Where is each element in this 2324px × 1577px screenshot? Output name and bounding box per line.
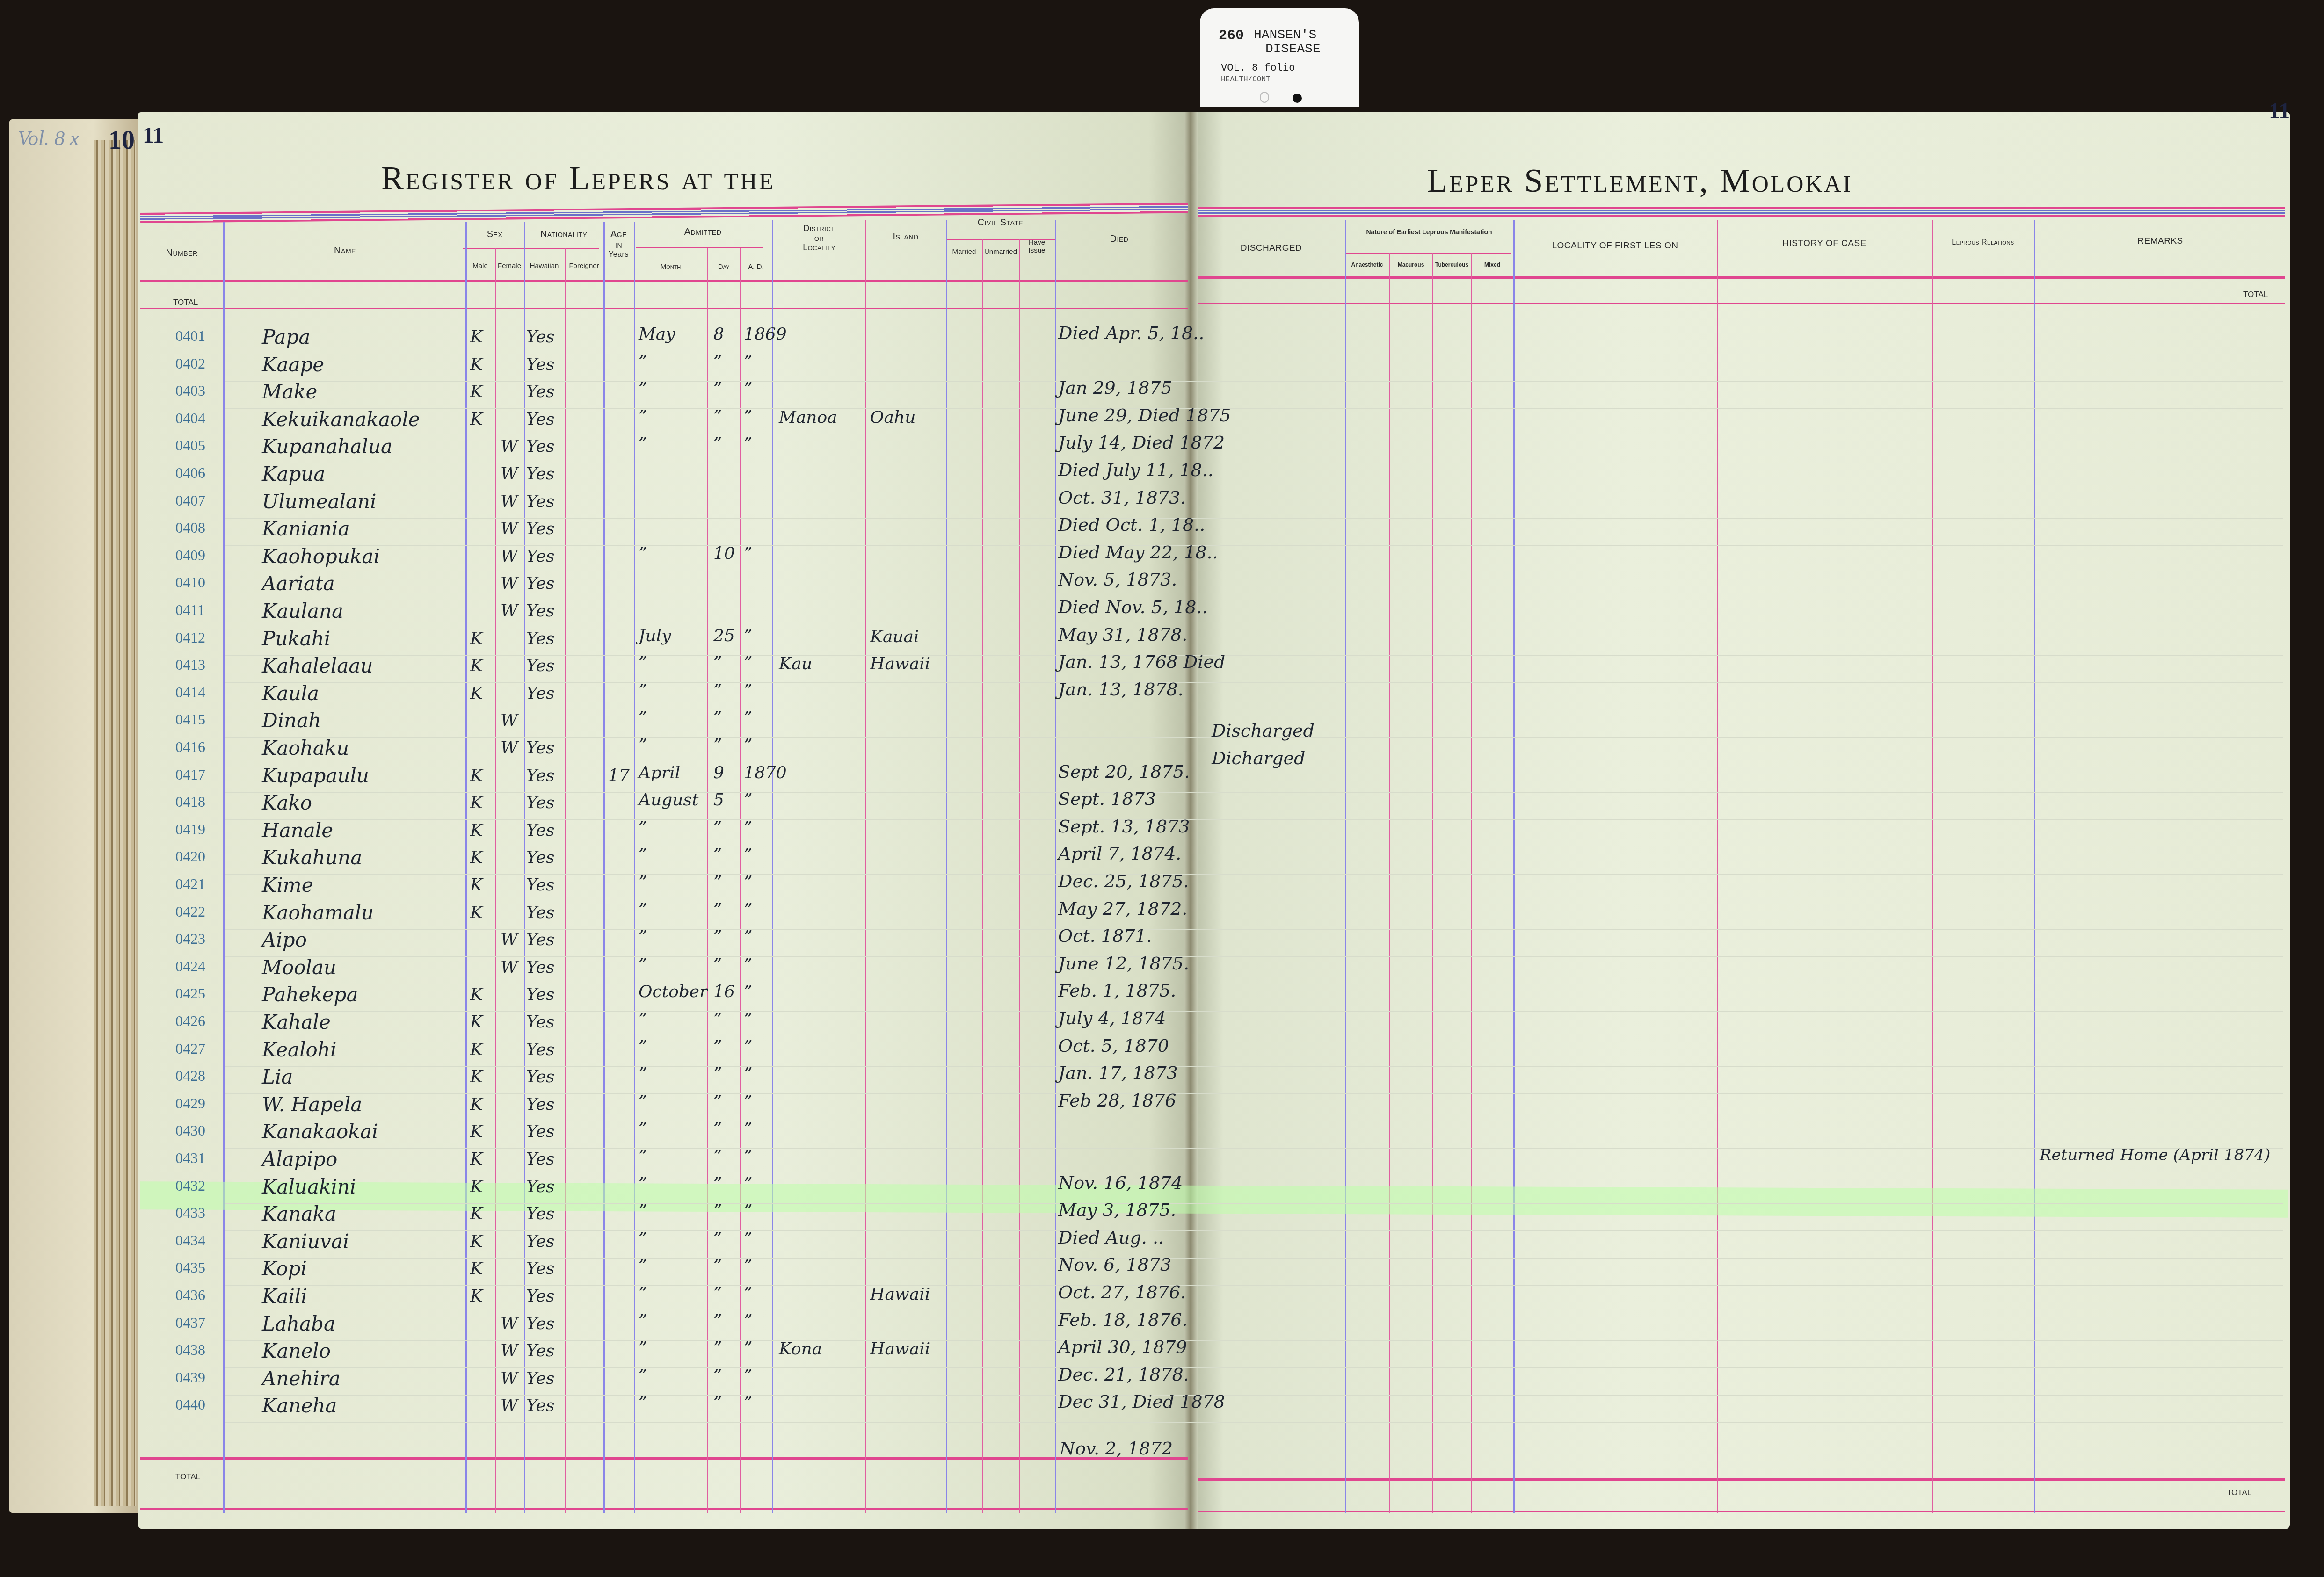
row-died: May 27, 1872.	[1058, 898, 1187, 919]
row-hawaiian: Yes	[526, 1232, 554, 1251]
register-title-right: Leper Settlement, Molokai	[1427, 161, 1852, 200]
row-rule	[225, 1148, 2283, 1149]
row-rule	[225, 874, 2283, 875]
row-hawaiian: Yes	[526, 547, 554, 566]
row-number: 0401	[175, 327, 205, 345]
row-admitted-day: ”	[713, 1338, 722, 1358]
row-died: Feb. 18, 1876.	[1058, 1309, 1188, 1330]
row-admitted-day: ”	[713, 407, 722, 426]
row-rule	[225, 1340, 2283, 1341]
row-admitted-day: ”	[713, 1037, 722, 1056]
row-rule	[225, 1285, 2283, 1286]
row-admitted-year: ”	[744, 982, 752, 1001]
row-rule	[225, 1176, 2283, 1176]
row-number: 0428	[175, 1067, 205, 1085]
row-number: 0440	[175, 1396, 205, 1413]
row-number: 0423	[175, 930, 205, 948]
row-name: Kime	[262, 874, 313, 897]
header-district-3: Locality	[773, 243, 865, 253]
row-number: 0435	[175, 1259, 205, 1276]
row-number: 0404	[175, 410, 205, 427]
row-rule	[225, 1093, 2283, 1094]
row-died: Sept. 1873	[1058, 788, 1156, 809]
footer-rule-2	[140, 1508, 1188, 1510]
row-admitted-day: ”	[713, 1119, 722, 1138]
header-age-2: in	[603, 240, 634, 251]
row-discharged: Dicharged	[1212, 748, 1305, 768]
register-title-left: Register of Lepers at the	[381, 159, 775, 198]
row-admitted-year: ”	[744, 1174, 752, 1194]
row-admitted-month: ”	[639, 1064, 647, 1084]
row-hawaiian: Yes	[526, 355, 554, 374]
row-admitted-day: ”	[713, 818, 722, 837]
row-hawaiian: Yes	[526, 793, 554, 812]
total-label-bottom-right: TOTAL	[2227, 1488, 2251, 1497]
row-admitted-month: ”	[639, 955, 647, 974]
row-sex-female: W	[501, 437, 518, 456]
row-hawaiian: Yes	[526, 903, 554, 922]
row-sex-male: K	[470, 1013, 483, 1032]
row-admitted-day: ”	[713, 1229, 722, 1248]
header-admitted: Admitted	[634, 227, 772, 238]
row-sex-female: W	[501, 1341, 518, 1360]
row-sex-male: K	[470, 1150, 483, 1169]
row-admitted-month: ”	[639, 1338, 647, 1358]
row-admitted-day: ”	[713, 1174, 722, 1194]
row-rule	[225, 765, 2283, 765]
row-name: Pahekepa	[262, 983, 358, 1006]
row-rule	[225, 682, 2283, 683]
row-rule	[225, 408, 2283, 409]
row-sex-female: W	[501, 464, 518, 484]
row-rule	[225, 1039, 2283, 1039]
admitted-subrule	[636, 247, 763, 248]
col-rule	[865, 220, 866, 1513]
row-rule	[225, 1203, 2283, 1204]
row-died: July 14, Died 1872	[1058, 432, 1225, 453]
row-name: Kaula	[262, 682, 319, 705]
page-edges	[94, 140, 136, 1506]
row-hawaiian: Yes	[526, 1122, 554, 1141]
row-admitted-day: ”	[713, 1064, 722, 1084]
row-rule	[225, 545, 2283, 546]
row-hawaiian: Yes	[526, 1150, 554, 1169]
row-hawaiian: Yes	[526, 1040, 554, 1059]
row-admitted-year: ”	[744, 681, 752, 700]
row-died: Feb 28, 1876	[1058, 1090, 1176, 1111]
row-admitted-day: 9	[713, 763, 724, 782]
row-number: 0408	[175, 519, 205, 536]
row-sex-female: W	[501, 492, 518, 511]
row-admitted-day: 25	[713, 626, 735, 645]
row-admitted-month: ”	[639, 1147, 647, 1166]
header-issue-2: Issue	[1019, 246, 1055, 254]
row-admitted-year: ”	[744, 1338, 752, 1358]
row-hawaiian: Yes	[526, 519, 554, 538]
col-rule	[495, 248, 496, 1513]
row-name: Kanelo	[262, 1339, 331, 1362]
row-sex-female: W	[501, 1314, 518, 1333]
row-admitted-month: August	[639, 790, 698, 810]
row-died: June 29, Died 1875	[1058, 405, 1231, 426]
row-admitted-year: ”	[744, 352, 752, 371]
row-admitted-month: April	[639, 763, 680, 782]
row-admitted-year: ”	[744, 900, 752, 919]
row-admitted-month: ”	[639, 379, 647, 398]
row-admitted-month: ”	[639, 1174, 647, 1194]
row-name: Kako	[262, 791, 312, 814]
col-rule	[2034, 220, 2035, 1513]
row-number: 0427	[175, 1040, 205, 1057]
left-page-number: 11	[143, 123, 164, 148]
row-admitted-month: ”	[639, 1201, 647, 1221]
row-hawaiian: Yes	[526, 1369, 554, 1388]
row-admitted-year: ”	[744, 379, 752, 398]
row-name: Kanaka	[262, 1202, 336, 1225]
row-admitted-year: ”	[744, 1092, 752, 1111]
header-mixed: Mixed	[1471, 262, 1513, 268]
header-male: Male	[465, 262, 495, 270]
row-admitted-year: ”	[744, 1284, 752, 1303]
row-admitted-month: ”	[639, 407, 647, 426]
row-sex-male: K	[470, 875, 483, 895]
row-rule	[225, 956, 2283, 957]
sex-nationality-subrule	[463, 248, 599, 249]
row-died: Oct. 27, 1876.	[1058, 1282, 1186, 1302]
header-foreigner: Foreigner	[565, 262, 603, 270]
header-anaesthetic: Anaesthetic	[1345, 262, 1389, 268]
row-sex-male: K	[470, 903, 483, 922]
row-hawaiian: Yes	[526, 1287, 554, 1306]
row-admitted-day: ”	[713, 1284, 722, 1303]
header-issue-1: Have	[1019, 239, 1055, 246]
row-name: Kaohaku	[262, 737, 349, 760]
col-rule	[772, 220, 773, 1513]
row-died: Jan. 13, 1768 Died	[1058, 651, 1225, 672]
row-sex-male: K	[470, 410, 483, 429]
row-admitted-year: ”	[744, 955, 752, 974]
footer-rule-right	[1198, 1478, 2285, 1481]
row-admitted-day: 5	[713, 790, 724, 810]
row-hawaiian: Yes	[526, 1341, 554, 1360]
row-name: Kekuikanakaole	[262, 408, 420, 431]
row-died: April 7, 1874.	[1058, 843, 1181, 864]
header-bottom-rule-right	[1198, 276, 2285, 279]
row-number: 0439	[175, 1369, 205, 1386]
header-ad: A. D.	[740, 263, 772, 271]
row-admitted-day: ”	[713, 434, 722, 453]
row-admitted-month: ”	[639, 1092, 647, 1111]
header-bottom-rule	[140, 280, 1188, 282]
row-admitted-month: ”	[639, 845, 647, 864]
row-admitted-day: 8	[713, 325, 724, 344]
row-rule	[225, 354, 2283, 354]
row-number: 0409	[175, 547, 205, 564]
row-sex-male: K	[470, 821, 483, 840]
col-rule	[524, 222, 525, 1513]
row-district: Kau	[779, 654, 813, 673]
row-rule	[225, 1121, 2283, 1121]
tab-subject-2: DISEASE	[1265, 42, 1321, 57]
row-hawaiian: Yes	[526, 601, 554, 621]
row-died: Died Oct. 1, 18..	[1058, 514, 1205, 535]
row-sex-male: K	[470, 629, 483, 648]
row-island: Oahu	[870, 408, 915, 427]
total-label-top-right: TOTAL	[2243, 290, 2268, 299]
row-rule	[225, 655, 2283, 656]
row-hawaiian: Yes	[526, 1095, 554, 1114]
previous-page-number: 10	[109, 125, 135, 155]
row-number: 0426	[175, 1013, 205, 1030]
row-admitted-month: ”	[639, 1010, 647, 1029]
row-admitted-year: ”	[744, 1256, 752, 1275]
row-number: 0432	[175, 1177, 205, 1194]
row-number: 0412	[175, 629, 205, 646]
row-name: Ulumealani	[262, 490, 377, 513]
row-hawaiian: Yes	[526, 766, 554, 785]
row-died: Died May 22, 18..	[1058, 542, 1218, 563]
row-hawaiian: Yes	[526, 437, 554, 456]
row-rule	[225, 819, 2283, 820]
total-label-bottom-left: TOTAL	[175, 1472, 200, 1482]
row-rule	[225, 1422, 2283, 1423]
row-hawaiian: Yes	[526, 1067, 554, 1086]
row-admitted-year: ”	[744, 845, 752, 864]
row-admitted-month: ”	[639, 1366, 647, 1385]
col-rule	[1019, 239, 1020, 1513]
row-admitted-month: October	[639, 982, 707, 1001]
row-admitted-day: ”	[713, 681, 722, 700]
row-island: Hawaii	[870, 654, 930, 673]
row-name: Kaniuvai	[262, 1230, 349, 1253]
row-admitted-year: ”	[744, 1010, 752, 1029]
row-admitted-day: ”	[713, 352, 722, 371]
row-admitted-day: ”	[713, 955, 722, 974]
row-admitted-day: ”	[713, 927, 722, 947]
row-sex-male: K	[470, 1095, 483, 1114]
died-overflow-entry: Nov. 2, 1872	[1060, 1438, 1173, 1459]
row-hawaiian: Yes	[526, 958, 554, 977]
row-admitted-month: ”	[639, 1229, 647, 1248]
row-name: Kealohi	[262, 1038, 336, 1061]
row-name: Kahalelaau	[262, 654, 373, 677]
row-rule	[225, 463, 2283, 463]
col-rule	[1389, 253, 1390, 1513]
row-island: Hawaii	[870, 1339, 930, 1359]
row-number: 0413	[175, 656, 205, 673]
row-sex-male: K	[470, 1232, 483, 1251]
row-number: 0425	[175, 985, 205, 1002]
archive-index-tab: 260 HANSEN'S DISEASE VOL. 8 folio HEALTH…	[1200, 8, 1359, 107]
row-name: Kaulana	[262, 600, 343, 622]
row-number: 0438	[175, 1341, 205, 1359]
row-admitted-year: ”	[744, 873, 752, 892]
header-age-3: Years	[603, 251, 634, 259]
row-hawaiian: Yes	[526, 684, 554, 703]
col-rule	[946, 220, 947, 1513]
footer-rule	[140, 1457, 1188, 1460]
col-rule	[1932, 220, 1933, 1513]
row-admitted-month: ”	[639, 1311, 647, 1331]
row-admitted-day: ”	[713, 708, 722, 727]
row-sex-male: K	[470, 985, 483, 1004]
row-name: Kupapaulu	[262, 764, 369, 787]
row-died: Jan. 13, 1878.	[1058, 679, 1184, 700]
row-rule	[225, 1313, 2283, 1313]
row-admitted-month: ”	[639, 900, 647, 919]
row-name: Make	[262, 380, 317, 403]
row-died: May 3, 1875.	[1058, 1200, 1176, 1220]
row-number: 0415	[175, 711, 205, 728]
row-died: Jan. 17, 1873	[1058, 1063, 1178, 1083]
row-name: Aariata	[262, 572, 335, 595]
header-have-issue: Have Issue	[1019, 239, 1055, 255]
row-admitted-year: ”	[744, 1064, 752, 1084]
header-discharged: Discharged	[1198, 243, 1345, 253]
row-admitted-year: 1870	[744, 763, 787, 782]
row-sex-male: K	[470, 1040, 483, 1059]
total-label-top-left: TOTAL	[173, 298, 198, 307]
header-top-rule-right	[1198, 207, 2285, 217]
row-hawaiian: Yes	[526, 738, 554, 758]
row-name: Kopi	[262, 1257, 307, 1280]
row-number: 0429	[175, 1095, 205, 1112]
row-rule	[225, 600, 2283, 600]
row-admitted-month: ”	[639, 1284, 647, 1303]
row-rule	[225, 1230, 2283, 1231]
row-number: 0417	[175, 766, 205, 783]
row-remarks: Returned Home (April 1874)	[2040, 1146, 2271, 1165]
col-rule	[634, 222, 635, 1513]
row-admitted-year: ”	[744, 708, 752, 727]
col-rule	[1055, 220, 1056, 1513]
col-rule	[982, 239, 983, 1513]
row-admitted-year: ”	[744, 1037, 752, 1056]
row-number: 0403	[175, 382, 205, 399]
header-female: Female	[495, 262, 524, 270]
header-unmarried: Unmarried	[982, 248, 1019, 256]
header-relations: Leprous Relations	[1932, 239, 2034, 247]
row-number: 0414	[175, 684, 205, 701]
row-sex-male: K	[470, 766, 483, 785]
row-number: 0421	[175, 875, 205, 893]
row-name: Alapipo	[262, 1148, 337, 1171]
row-admitted-month: July	[639, 626, 671, 645]
row-rule	[225, 929, 2283, 930]
row-admitted-day: ”	[713, 1393, 722, 1412]
row-admitted-day: ”	[713, 845, 722, 864]
row-hawaiian: Yes	[526, 985, 554, 1004]
col-rule	[1717, 220, 1718, 1513]
row-admitted-day: ”	[713, 653, 722, 673]
total-rule-right	[1198, 303, 2285, 304]
row-sex-male: K	[470, 848, 483, 867]
row-admitted-year: ”	[744, 790, 752, 810]
row-admitted-month: ”	[639, 736, 647, 755]
row-died: Oct. 31, 1873.	[1058, 487, 1186, 508]
row-admitted-month: ”	[639, 434, 647, 453]
header-nationality: Nationality	[524, 229, 603, 240]
row-name: Lahaba	[262, 1312, 335, 1335]
row-sex-female: W	[501, 601, 518, 621]
header-district-1: District	[773, 224, 865, 233]
row-rule	[225, 1395, 2283, 1396]
row-number: 0406	[175, 464, 205, 482]
header-district: District or Locality	[773, 224, 865, 253]
row-name: Kaluakini	[262, 1175, 356, 1198]
row-sex-male: K	[470, 684, 483, 703]
row-died: June 12, 1875.	[1058, 953, 1189, 974]
row-name: Aipo	[262, 928, 307, 951]
row-admitted-day: ”	[713, 900, 722, 919]
row-hawaiian: Yes	[526, 464, 554, 484]
row-admitted-year: ”	[744, 544, 752, 563]
row-name: Hanale	[262, 819, 333, 842]
row-admitted-year: ”	[744, 1119, 752, 1138]
row-sex-male: K	[470, 327, 483, 347]
row-number: 0410	[175, 574, 205, 591]
row-name: Lia	[262, 1065, 293, 1088]
row-admitted-year: ”	[744, 818, 752, 837]
row-number: 0402	[175, 355, 205, 372]
row-died: Died Apr. 5, 18..	[1058, 323, 1204, 343]
header-married: Married	[946, 248, 982, 256]
row-sex-female: W	[501, 1369, 518, 1388]
row-hawaiian: Yes	[526, 1259, 554, 1278]
row-name: Dinah	[262, 709, 321, 732]
row-admitted-month: ”	[639, 681, 647, 700]
spine-label: Vol. 8 x	[18, 126, 79, 150]
header-age-1: Age	[603, 229, 634, 240]
row-admitted-year: ”	[744, 1147, 752, 1166]
row-admitted-day: ”	[713, 1256, 722, 1275]
row-district: Manoa	[779, 408, 837, 427]
row-admitted-month: ”	[639, 653, 647, 673]
row-admitted-year: ”	[744, 1366, 752, 1385]
row-admitted-year: ”	[744, 1229, 752, 1248]
row-admitted-month: ”	[639, 927, 647, 947]
row-hawaiian: Yes	[526, 574, 554, 593]
row-admitted-month: ”	[639, 1393, 647, 1412]
row-number: 0407	[175, 492, 205, 509]
col-rule	[1513, 220, 1515, 1513]
row-died: Died July 11, 18..	[1058, 460, 1213, 480]
row-name: Kahale	[262, 1011, 331, 1034]
row-hawaiian: Yes	[526, 656, 554, 675]
row-name: Pukahi	[262, 627, 330, 650]
row-number: 0436	[175, 1287, 205, 1304]
row-name: Moolau	[262, 956, 336, 979]
row-hawaiian: Yes	[526, 848, 554, 867]
row-sex-male: K	[470, 793, 483, 812]
row-number: 0411	[175, 601, 205, 619]
row-sex-female: W	[501, 1396, 518, 1415]
row-admitted-year: ”	[744, 626, 752, 645]
header-manifestation: Nature of Earliest Leprous Manifestation	[1345, 228, 1513, 236]
row-admitted-day: ”	[713, 873, 722, 892]
header-civil-state: Civil State	[946, 217, 1055, 228]
row-died: Sept 20, 1875.	[1058, 761, 1190, 782]
row-admitted-month: ”	[639, 818, 647, 837]
row-died: April 30, 1879	[1058, 1337, 1187, 1357]
row-hawaiian: Yes	[526, 1314, 554, 1333]
row-admitted-year: ”	[744, 653, 752, 673]
row-name: Kaohopukai	[262, 545, 380, 568]
row-died: Nov. 6, 1873	[1058, 1254, 1171, 1275]
row-number: 0437	[175, 1314, 205, 1331]
row-admitted-month: ”	[639, 708, 647, 727]
row-admitted-year: ”	[744, 407, 752, 426]
